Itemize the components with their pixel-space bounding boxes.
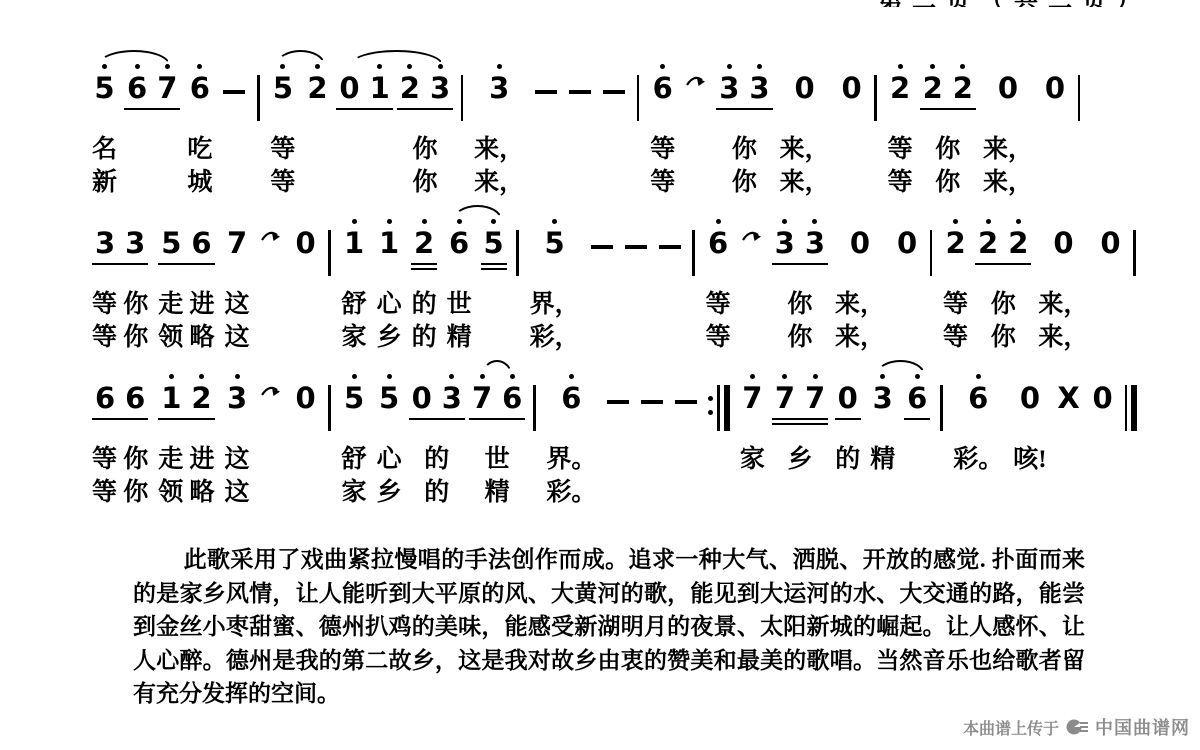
note-area: 2 (890, 64, 910, 124)
digits: 1 (344, 219, 364, 260)
note-area: 0 (838, 374, 858, 434)
digit-column: 0 (1093, 374, 1113, 415)
digit-column: 2 (414, 219, 434, 260)
note-area: 5 (94, 64, 114, 124)
underline-beams (339, 105, 389, 110)
dash-wrap (223, 75, 245, 109)
digit-column: 5 (94, 64, 114, 105)
note-digit: 7 (775, 381, 795, 415)
digits: 12 (161, 374, 211, 415)
note-digit: 0 (1100, 226, 1120, 260)
octave-dot-space (169, 219, 174, 224)
octave-dot (716, 219, 721, 224)
lyric-line1: 你 (732, 133, 757, 166)
note-digit: 6 (95, 381, 115, 415)
underline-beams (923, 105, 973, 110)
glissando-arrow-icon (260, 374, 284, 478)
digit-column: 7 (227, 219, 247, 260)
digits: 3 (489, 64, 509, 105)
beamed-note-group: 12走 进领 略 (158, 374, 214, 509)
beamed-note-group: 33你你 (719, 64, 769, 199)
digit-column: 0 (794, 64, 814, 105)
note-digit: 1 (370, 71, 390, 105)
duration-dash-line (223, 90, 245, 94)
digit-column: 1 (161, 374, 181, 415)
barline-stroke (328, 230, 331, 276)
lyric-line1: 走 进 (158, 443, 214, 476)
octave-dot (352, 374, 357, 379)
note-area: 76 (472, 374, 522, 434)
note-area: X (1057, 374, 1079, 434)
note: 2 (305, 64, 329, 199)
note-area (569, 64, 591, 124)
note-area: 03 (412, 374, 462, 434)
lyric-line1: 名 (92, 133, 117, 166)
lyric-line2: 彩。 (546, 476, 596, 509)
octave-dot (782, 374, 787, 379)
note: 0来，来， (1038, 219, 1088, 354)
beamed-note-group: 22你你 (923, 64, 973, 199)
digit-column: 2 (890, 64, 910, 105)
note-area: 2 (945, 219, 965, 279)
digit-column: 7 (472, 374, 492, 415)
lyric-line2: 等 你 (92, 476, 148, 509)
lyric-line1: 舒 (342, 288, 367, 321)
digit-column: 6 (502, 374, 522, 415)
lyric-line1: 世 (447, 288, 472, 321)
note-digit: 3 (227, 381, 247, 415)
digits: 23 (400, 64, 450, 105)
digits: 3 (873, 374, 893, 415)
underline-beams (95, 415, 145, 420)
note-area: 5 (545, 219, 565, 279)
note-area: 23 (400, 64, 450, 124)
digit-column: 0 (1020, 374, 1040, 415)
repeat-dots (708, 385, 713, 425)
dash-wrap (569, 75, 591, 109)
note: 5心乡 (377, 374, 402, 509)
note-digit: 1 (161, 381, 181, 415)
numbered-notation-score: 5名新676吃城5等等20123你你3来，来，6等等33你你0来，来，02等等2… (0, 0, 1200, 509)
digit-column: 1 (379, 219, 399, 260)
dash-wrap (625, 230, 647, 264)
beam-line (481, 268, 507, 271)
duration-dash-line (569, 90, 591, 94)
glissando-arrow-glyph (741, 228, 765, 248)
glissando-arrow-glyph (685, 73, 709, 93)
notation-row: 5名新676吃城5等等20123你你3来，来，6等等33你你0来，来，02等等2… (92, 64, 1081, 199)
note-area: 0 (842, 64, 862, 124)
octave-dot-space (103, 374, 108, 379)
note: 0来，来， (835, 219, 885, 354)
lyric-line2: 的 (424, 476, 449, 509)
digits: 67 (127, 64, 177, 105)
lyric-line2: 你 (732, 166, 757, 199)
octave-dot (387, 219, 392, 224)
digit-column: 0 (295, 219, 315, 260)
octave-dot (352, 219, 357, 224)
note-digit: 3 (749, 71, 769, 105)
digits: 22 (923, 64, 973, 105)
digit-column: 1 (370, 64, 390, 105)
note-area: 6 (449, 219, 469, 279)
digit-column: 2 (978, 219, 998, 260)
note-digit: X (1057, 381, 1079, 415)
lyric-line2: 你 (935, 166, 960, 199)
digit-column: 2 (307, 64, 327, 105)
dash-wrap (535, 75, 557, 109)
note: 6彩。 (953, 374, 1003, 509)
octave-dot (569, 374, 574, 379)
octave-dot (387, 374, 392, 379)
thick-barline (1131, 385, 1137, 431)
note: 0咳! (1013, 374, 1046, 509)
digits: 1 (379, 219, 399, 260)
note-digit: 0 (842, 71, 862, 105)
note-digit: 6 (968, 381, 988, 415)
beam-line (158, 263, 214, 266)
digit-column: 2 (945, 219, 965, 260)
note-area: 0 (1100, 219, 1120, 279)
digits: 2 (945, 219, 965, 260)
note-area: 2 (414, 219, 434, 279)
note-area: 1 (344, 219, 364, 279)
beamed-note-group: 56走 进领 略 (158, 219, 214, 354)
beam-line (835, 418, 861, 421)
lyric-line2: 这 (225, 476, 250, 509)
note-area: 7 (742, 374, 762, 434)
duration-dash-line (659, 245, 681, 249)
note-area: 0 (897, 219, 917, 279)
digits: 0 (1093, 374, 1113, 415)
octave-dot-space (1108, 219, 1113, 224)
note: 0的 (835, 374, 860, 509)
note-digit: 2 (953, 71, 973, 105)
slur-arc (98, 50, 170, 65)
note-digit: 1 (379, 226, 399, 260)
lyric-line1: 的 (424, 443, 449, 476)
note-area: 0 (1093, 374, 1113, 434)
barline-stroke (516, 230, 519, 276)
barline (516, 219, 520, 351)
barline-stroke (930, 230, 933, 276)
underline-beams (775, 415, 825, 425)
digit-column: 0 (1053, 219, 1073, 260)
slur-arc (276, 50, 326, 65)
octave-dot-space (1066, 374, 1071, 379)
note: 2的的 (412, 219, 437, 354)
octave-dot (727, 64, 732, 69)
note: 1舒家 (342, 219, 367, 354)
note-area (223, 64, 245, 124)
note-digit: 5 (344, 381, 364, 415)
lyric-line2: 等 (270, 166, 295, 199)
lyric-line2: 你 (412, 166, 437, 199)
barline-stroke (637, 75, 640, 121)
beam-line (904, 418, 930, 421)
octave-dot-space (303, 374, 308, 379)
digits: 6 (653, 64, 673, 105)
digit-column: 7 (775, 374, 795, 415)
underline-beams (907, 415, 927, 420)
duration-dash-line (675, 400, 697, 404)
note-digit: 0 (1093, 381, 1113, 415)
note: 5界，彩， (530, 219, 580, 354)
digits: 0 (1020, 374, 1040, 415)
note-area: 3 (873, 374, 893, 434)
digits: 22 (978, 219, 1028, 260)
uploaded-by-text: 本曲谱上传于 (963, 716, 1059, 739)
note-area: 77 (775, 374, 825, 434)
digits: 0 (295, 374, 315, 415)
note-area: 2 (307, 64, 327, 124)
note-digit: 0 (897, 226, 917, 260)
octave-dot-space (858, 219, 863, 224)
note: 3来，来， (474, 64, 524, 199)
page-header-clipped: 第二页（共二页） (878, 0, 1200, 7)
note-area: 6 (561, 374, 581, 434)
note: 2等等 (888, 64, 913, 199)
glissando-arrow-icon (741, 219, 765, 323)
duration-dash (674, 374, 698, 509)
lyric-line2: 你 (991, 321, 1016, 354)
note-digit: 0 (295, 381, 315, 415)
note-digit: 5 (484, 226, 504, 260)
beam-line (772, 418, 828, 421)
beam-line (158, 418, 214, 421)
underline-beams (719, 105, 769, 110)
digits: 0 (838, 374, 858, 415)
note: 5等等 (270, 64, 295, 199)
note-digit: 2 (191, 381, 211, 415)
barline (929, 219, 933, 351)
digit-column: 3 (775, 219, 795, 260)
note-digit: 3 (125, 226, 145, 260)
octave-dot-space (419, 374, 424, 379)
octave-dot (497, 64, 502, 69)
barline (1132, 219, 1136, 351)
barline (874, 64, 878, 196)
lyric-line2: 来， (780, 166, 830, 199)
octave-dot (812, 219, 817, 224)
note: 2等等 (943, 219, 968, 354)
barline (328, 374, 332, 506)
duration-dash-line (625, 245, 647, 249)
dash-wrap (603, 75, 625, 109)
repeat-end-barline (708, 374, 730, 506)
note-digit: 3 (95, 226, 115, 260)
note-digit: 3 (430, 71, 450, 105)
note-digit: 2 (414, 226, 434, 260)
note-digit: 6 (191, 226, 211, 260)
digits: 56 (161, 219, 211, 260)
digit-column: 6 (653, 64, 673, 105)
dash-wrap (591, 230, 613, 264)
beam-line (481, 263, 507, 266)
note-area: 6 (968, 374, 988, 434)
digits: 6 (708, 219, 728, 260)
digit-column: 0 (850, 219, 870, 260)
note-digit: 7 (805, 381, 825, 415)
beamed-note-group: 77乡 (775, 374, 825, 509)
note-area: 0 (850, 219, 870, 279)
glissando-arrow-glyph (260, 383, 284, 403)
octave-dot-space (235, 219, 240, 224)
beam-line (336, 108, 392, 111)
note-digit: 6 (502, 381, 522, 415)
octave-dot (757, 64, 762, 69)
lyric-line1: 界。 (546, 443, 596, 476)
digit-column: 0 (998, 64, 1018, 105)
duration-dash-line (591, 245, 613, 249)
note: 7家 (740, 374, 765, 509)
lyric-line2: 领 略 (158, 321, 214, 354)
note: 7这这 (225, 219, 250, 354)
digits: 33 (719, 64, 769, 105)
beam-line (469, 418, 525, 421)
note: 6吃城 (187, 64, 212, 199)
lyric-line2: 来， (474, 166, 524, 199)
thin-barline (717, 385, 720, 431)
note: 0 (895, 219, 919, 354)
octave-dot (782, 219, 787, 224)
note-digit: 5 (273, 71, 293, 105)
lyric-line2: 来， (835, 321, 885, 354)
note-digit: 7 (227, 226, 247, 260)
note-digit: 0 (1045, 71, 1065, 105)
digit-column: 6 (127, 64, 147, 105)
lyric-line1: 等 (943, 288, 968, 321)
note-digit: 6 (449, 226, 469, 260)
underline-beams (161, 260, 211, 265)
underline-beams (95, 260, 145, 265)
digits: 7 (227, 219, 247, 260)
digit-column: 2 (191, 374, 211, 415)
digits: 5 (484, 219, 504, 260)
lyric-line2: 彩， (530, 321, 580, 354)
octave-dot (1016, 219, 1021, 224)
page-header-text: 第二页（共二页） (878, 0, 1200, 7)
octave-dot (953, 219, 958, 224)
duration-dash (534, 64, 558, 199)
digits: 0 (897, 219, 917, 260)
lyric-line1: 等 (888, 133, 913, 166)
beam-line (975, 263, 1031, 266)
octave-dot-space (199, 219, 204, 224)
glissando-arrow-icon (260, 219, 284, 323)
beamed-note-group: 66等 你等 你 (92, 374, 148, 509)
lyric-line1: 家 (740, 443, 765, 476)
note: 1心乡 (377, 219, 402, 354)
lyric-line1: 你 (412, 133, 437, 166)
note-area (591, 219, 613, 279)
digits: 0 (850, 219, 870, 260)
note-area (625, 219, 647, 279)
final-barline (1125, 374, 1138, 506)
note-digit: 2 (923, 71, 943, 105)
duration-dash-line (603, 90, 625, 94)
barline-stroke (874, 75, 877, 121)
octave-dot-space (1005, 64, 1010, 69)
barline (939, 374, 943, 506)
note: 3这这 (225, 374, 250, 509)
duration-dash-line (641, 400, 663, 404)
lyric-line1: 来， (780, 133, 830, 166)
beam-line (411, 263, 437, 266)
digit-column: 5 (161, 219, 181, 260)
beam-line (920, 108, 976, 111)
digit-column: 6 (907, 374, 927, 415)
note-digit: 0 (998, 71, 1018, 105)
digits: 76 (472, 374, 522, 415)
beam-line (397, 108, 453, 111)
underline-beams (978, 260, 1028, 265)
note-area: 0 (794, 64, 814, 124)
digits: 0 (1053, 219, 1073, 260)
octave-dot (199, 374, 204, 379)
digits: X (1057, 374, 1079, 415)
digits: 66 (95, 374, 145, 415)
digits: 3 (227, 374, 247, 415)
lyric-line1: 这 (225, 288, 250, 321)
note-digit: 6 (127, 71, 147, 105)
note-area: 33 (95, 219, 145, 279)
lyric-line2: 乡 (377, 476, 402, 509)
barline (636, 64, 640, 196)
note-digit: 5 (94, 71, 114, 105)
lyric-line2: 这 (225, 321, 250, 354)
lyric-line2: 领 略 (158, 476, 214, 509)
sheet-music-page: 第二页（共二页） 5名新676吃城5等等20123你你3来，来，6等等33你你0… (0, 0, 1200, 750)
note: 6界。彩。 (546, 374, 596, 509)
dash-wrap (607, 385, 629, 419)
note: X (1057, 374, 1081, 509)
lyric-line1: 等 你 (92, 443, 148, 476)
underline-beams (775, 260, 825, 265)
dash-wrap (675, 385, 697, 419)
octave-dot (197, 64, 202, 69)
lyric-line2: 城 (187, 166, 212, 199)
digit-column: 7 (805, 374, 825, 415)
digits: 33 (775, 219, 825, 260)
lyric-line1: 世 (485, 443, 510, 476)
note-digit: 2 (890, 71, 910, 105)
octave-dot (986, 219, 991, 224)
lyric-line1: 的 (412, 288, 437, 321)
lyric-line1: 心 (377, 443, 402, 476)
note-area: 0 (1020, 374, 1040, 434)
beamed-note-group: 01 (339, 64, 389, 199)
beam-line (411, 268, 437, 271)
lyric-line1: 等 (706, 288, 731, 321)
underline-beams (414, 260, 434, 270)
digit-column: 5 (484, 219, 504, 260)
duration-dash (640, 374, 664, 509)
digit-column: 6 (125, 374, 145, 415)
digits: 0 (842, 64, 862, 105)
lyric-line1: 界， (530, 288, 580, 321)
notation-system: 5名新676吃城5等等20123你你3来，来，6等等33你你0来，来，02等等2… (92, 48, 1081, 199)
lyric-line1: 咳! (1013, 443, 1046, 476)
digits: 5 (379, 374, 399, 415)
lyric-line1: 来， (474, 133, 524, 166)
duration-dash (590, 219, 614, 354)
lyric-line1: 来， (983, 133, 1033, 166)
note: 6等等 (650, 64, 675, 199)
octave-dot (552, 219, 557, 224)
lyric-line1: 你 (991, 288, 1016, 321)
dash-wrap (641, 385, 663, 419)
